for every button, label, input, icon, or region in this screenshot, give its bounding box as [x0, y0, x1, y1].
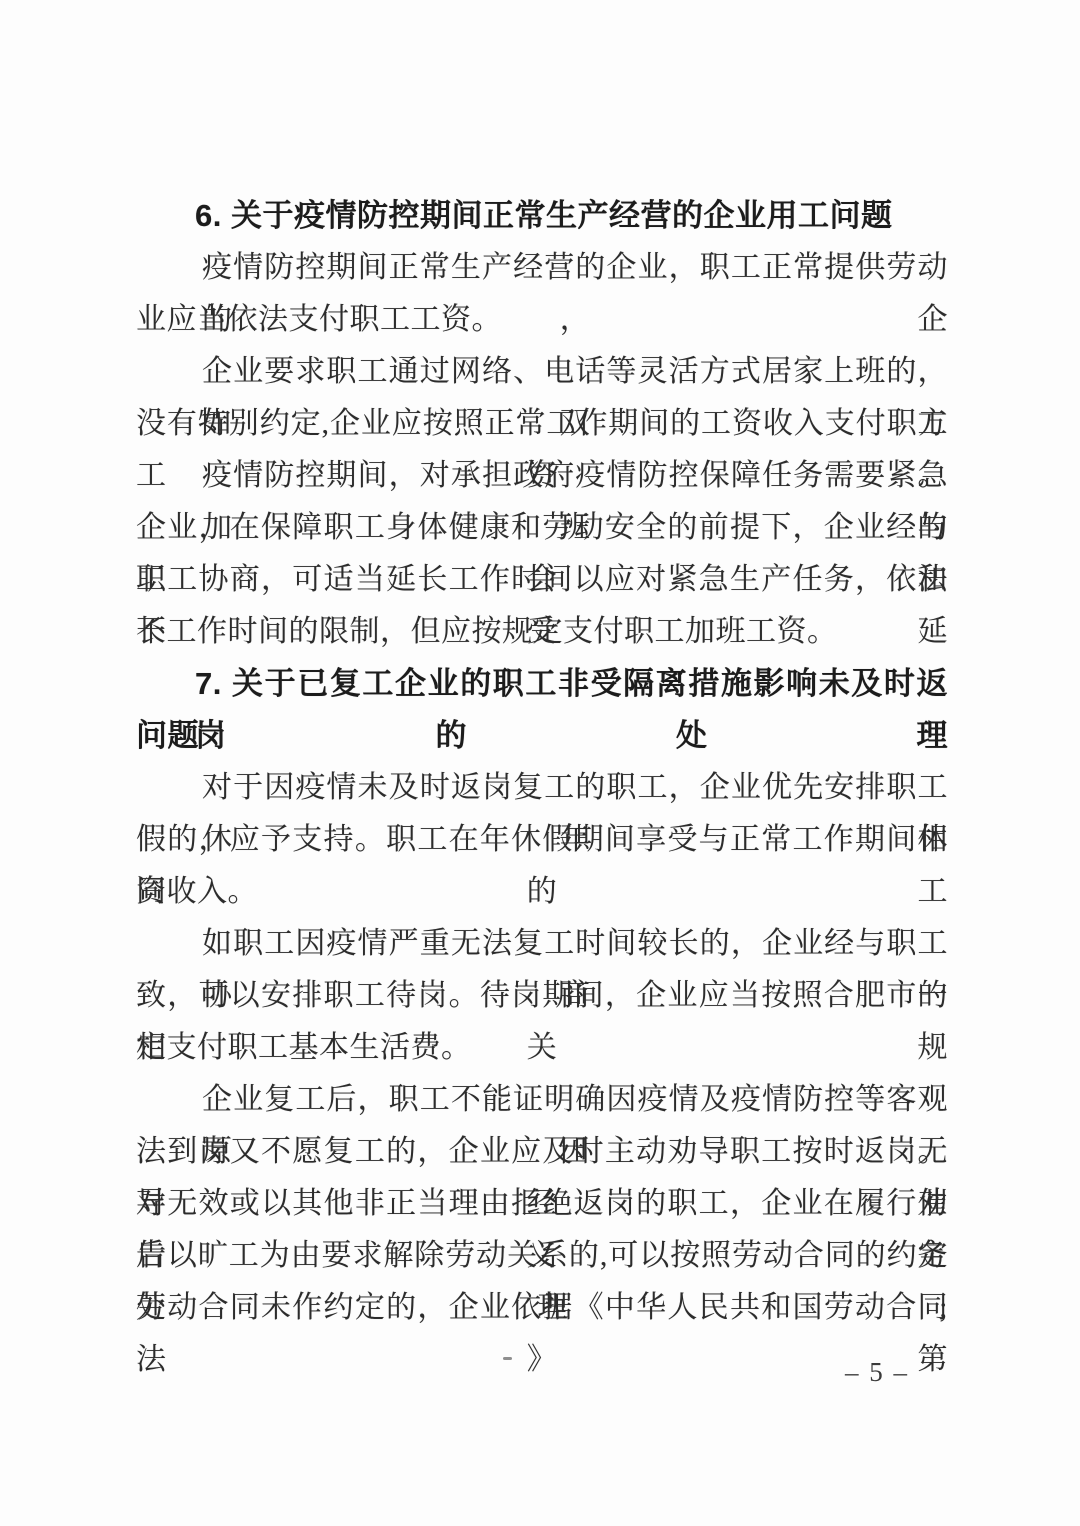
- document-body: 6. 关于疫情防控期间正常生产经营的企业用工问题 疫情防控期间正常生产经营的企业…: [136, 190, 948, 1334]
- section7-para3-line: 法到岗又不愿复工的，企业应及时主动劝导职工按时返岗。对经劝: [136, 1126, 948, 1178]
- section7-para1-line: 对于因疫情未及时返岗复工的职工，企业优先安排职工休年休: [136, 762, 948, 814]
- section7-para2-line: 如职工因疫情严重无法复工时间较长的，企业经与职工协商一: [136, 918, 948, 970]
- document-page: 6. 关于疫情防控期间正常生产经营的企业用工问题 疫情防控期间正常生产经营的企业…: [0, 0, 1080, 1526]
- section7-para3-line: 后以旷工为由要求解除劳动关系的,可以按照劳动合同的约定处理;: [136, 1230, 948, 1282]
- section6-para1-line: 疫情防控期间正常生产经营的企业，职工正常提供劳动的，企: [136, 242, 948, 294]
- section6-para3-line: 职工协商，可适当延长工作时间以应对紧急生产任务，依法不受延: [136, 554, 948, 606]
- scan-artifact-dash: [503, 1357, 512, 1360]
- section6-para3-line: 疫情防控期间，对承担政府疫情防控保障任务需要紧急加班的: [136, 450, 948, 502]
- section7-heading: 7. 关于已复工企业的职工非受隔离措施影响未及时返岗的处理: [136, 658, 948, 710]
- section6-para2-line: 企业要求职工通过网络、电话等灵活方式居家上班的，如双方: [136, 346, 948, 398]
- section7-para2-line: 致，可以安排职工待岗。待岗期间，企业应当按照合肥市的相关规: [136, 970, 948, 1022]
- section7-para1-line: 假的，应予支持。职工在年休假期间享受与正常工作期间相同的工: [136, 814, 948, 866]
- section6-para2-line: 没有特别约定,企业应按照正常工作期间的工资收入支付职工工资。: [136, 398, 948, 450]
- section6-para3-line: 企业，在保障职工身体健康和劳动安全的前提下，企业经与工会和: [136, 502, 948, 554]
- page-number: – 5 –: [845, 1352, 909, 1392]
- section7-para3-line: 导无效或以其他非正当理由拒绝返岗的职工，企业在履行催告义务: [136, 1178, 948, 1230]
- section6-para3-line: 长工作时间的限制，但应按规定支付职工加班工资。: [136, 606, 948, 658]
- section7-para3-line: 企业复工后，职工不能证明确因疫情及疫情防控等客观原因无: [136, 1074, 948, 1126]
- section7-para3-line: 劳动合同未作约定的，企业依据《中华人民共和国劳动合同法》第: [136, 1282, 948, 1334]
- section6-heading: 6. 关于疫情防控期间正常生产经营的企业用工问题: [136, 190, 948, 242]
